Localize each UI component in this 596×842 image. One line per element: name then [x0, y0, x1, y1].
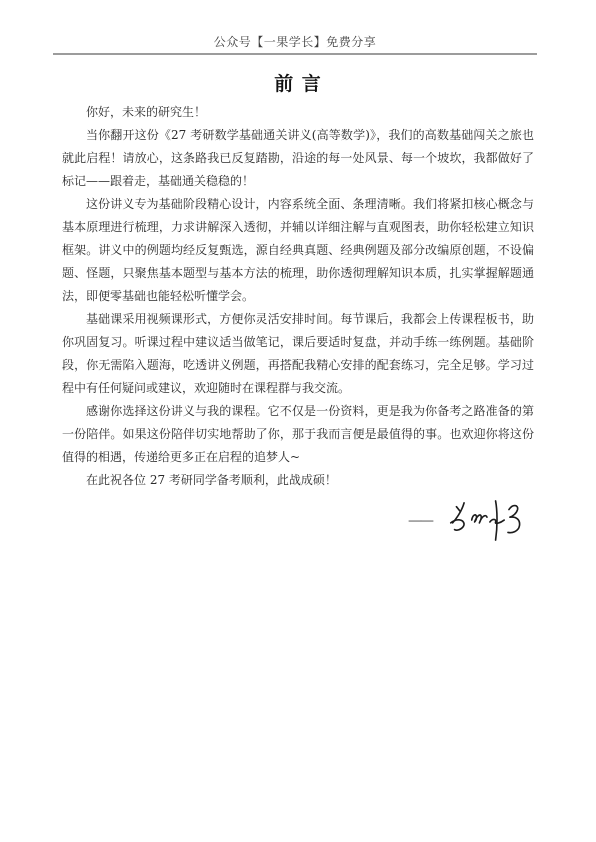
paragraph: 基础课采用视频课形式，方便你灵活安排时间。每节课后，我都会上传课程板书，助你巩固…: [62, 308, 534, 400]
paragraph: 这份讲义专为基础阶段精心设计，内容系统全面、条理清晰。我们将紧扣核心概念与基本原…: [62, 193, 534, 308]
signature-dash: ——: [408, 513, 432, 529]
paragraph: 当你翻开这份《27 考研数学基础通关讲义(高等数学)》，我们的高数基础闯关之旅也…: [62, 124, 534, 193]
preface-body: 你好，未来的研究生！ 当你翻开这份《27 考研数学基础通关讲义(高等数学)》，我…: [62, 101, 534, 492]
handwritten-signature-icon: [446, 500, 528, 542]
paragraph: 你好，未来的研究生！: [62, 101, 534, 124]
paragraph: 感谢你选择这份讲义与我的课程。它不仅是一份资料，更是我为你备考之路准备的第一份陪…: [62, 400, 534, 469]
document-page: 公众号【一果学长】免费分享 前 言 你好，未来的研究生！ 当你翻开这份《27 考…: [0, 0, 596, 842]
signature-row: ——: [408, 500, 528, 542]
header-text: 公众号【一果学长】免费分享: [214, 35, 377, 49]
page-header: 公众号【一果学长】免费分享: [53, 0, 537, 55]
page-title: 前 言: [0, 69, 596, 96]
paragraph: 在此祝各位 27 考研同学备考顺利，此战成硕！: [62, 469, 534, 492]
